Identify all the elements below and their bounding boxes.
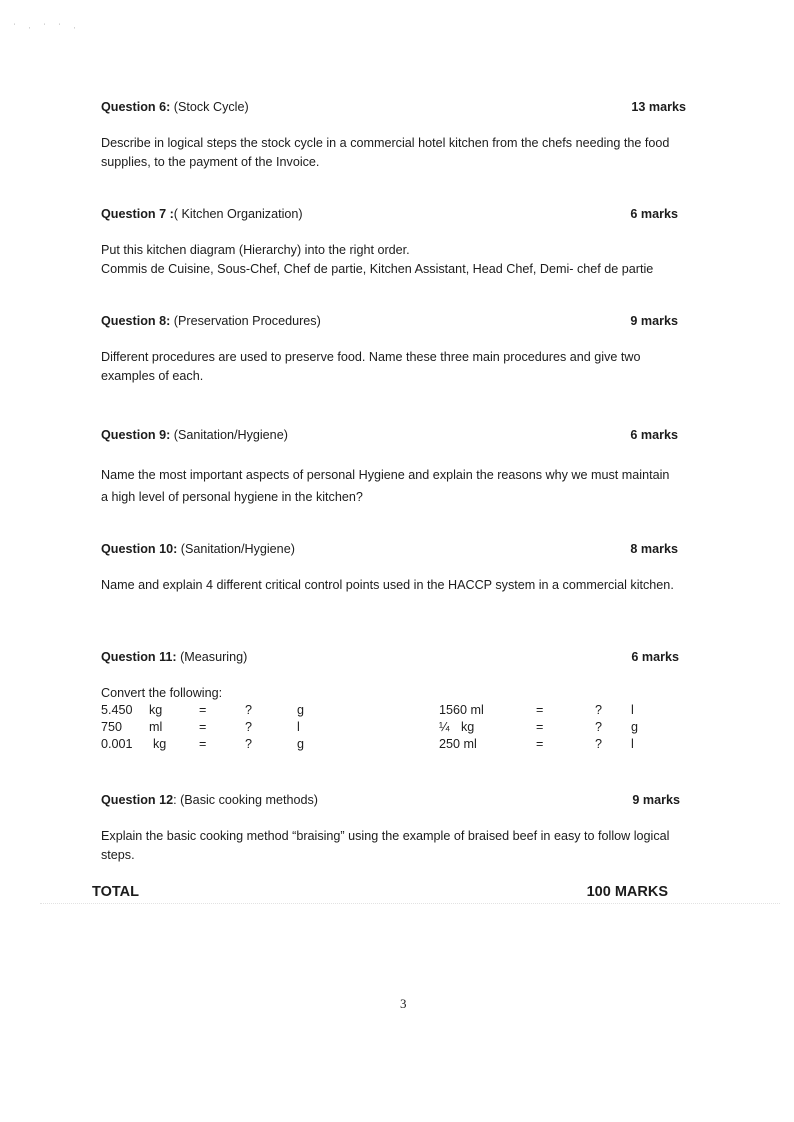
question-8-body: Different procedures are used to preserv… — [101, 348, 691, 386]
conversion-title: Convert the following: — [101, 684, 661, 702]
conversion-right-target-unit: l — [631, 736, 634, 753]
question-7-topic: ( Kitchen Organization) — [174, 207, 303, 221]
question-6-label: Question 6: — [101, 100, 170, 114]
conversion-right-unit: kg — [461, 719, 474, 736]
conversion-left-unit: kg — [149, 702, 162, 719]
conversion-row: 0.001 kg = ? g 250 ml = ? l — [101, 736, 661, 753]
question-12-topic: : (Basic cooking methods) — [173, 793, 318, 807]
question-8-text: Different procedures are used to preserv… — [101, 348, 691, 386]
total-divider — [40, 903, 780, 904]
conversion-left-equals: = — [199, 736, 206, 753]
conversion-right-target-unit: g — [631, 719, 638, 736]
question-7-body: Put this kitchen diagram (Hierarchy) int… — [101, 241, 691, 279]
question-6-marks: 13 marks — [631, 98, 686, 116]
question-11-header: Question 11: (Measuring) 6 marks — [101, 648, 679, 666]
question-12-label: Question 12 — [101, 793, 173, 807]
conversion-right-value: 250 ml — [439, 736, 477, 753]
question-9-text: Name the most important aspects of perso… — [101, 464, 671, 508]
conversion-row: 750 ml = ? l ¼ kg = ? g — [101, 719, 661, 736]
question-6-topic: (Stock Cycle) — [170, 100, 248, 114]
question-10-label: Question 10: — [101, 542, 177, 556]
question-12-text: Explain the basic cooking method “braisi… — [101, 827, 681, 865]
conversion-right-value: 1560 ml — [439, 702, 484, 719]
question-7-marks: 6 marks — [630, 205, 678, 223]
question-11-label: Question 11: — [101, 650, 177, 664]
conversion-left-value: 0.001 — [101, 736, 133, 753]
conversion-table: Convert the following: 5.450 kg = ? g 15… — [101, 684, 661, 753]
question-6-header: Question 6: (Stock Cycle) 13 marks — [101, 98, 686, 116]
conversion-left-unit: kg — [153, 736, 166, 753]
question-12-header: Question 12: (Basic cooking methods) 9 m… — [101, 791, 680, 809]
question-7-header: Question 7 :( Kitchen Organization) 6 ma… — [101, 205, 678, 223]
question-9-header: Question 9: (Sanitation/Hygiene) 6 marks — [101, 426, 678, 444]
conversion-left-equals: = — [199, 719, 206, 736]
conversion-left-answer: ? — [245, 736, 252, 753]
question-8-header: Question 8: (Preservation Procedures) 9 … — [101, 312, 678, 330]
conversion-right-equals: = — [536, 702, 543, 719]
conversion-left-answer: ? — [245, 719, 252, 736]
question-10-header: Question 10: (Sanitation/Hygiene) 8 mark… — [101, 540, 678, 558]
question-10-body: Name and explain 4 different critical co… — [101, 576, 676, 595]
question-12-marks: 9 marks — [632, 791, 680, 809]
question-7-roles-list: Commis de Cuisine, Sous-Chef, Chef de pa… — [101, 260, 691, 279]
conversion-row: 5.450 kg = ? g 1560 ml = ? l — [101, 702, 661, 719]
question-10-marks: 8 marks — [630, 540, 678, 558]
question-7-label: Question 7 : — [101, 207, 174, 221]
conversion-left-unit: ml — [149, 719, 162, 736]
conversion-left-equals: = — [199, 702, 206, 719]
conversion-left-answer: ? — [245, 702, 252, 719]
conversion-right-answer: ? — [595, 736, 602, 753]
conversion-right-value: ¼ — [439, 719, 450, 736]
total-marks: 100 MARKS — [587, 882, 668, 902]
conversion-right-answer: ? — [595, 719, 602, 736]
conversion-right-equals: = — [536, 719, 543, 736]
scan-artifact: ' , ' ' , — [14, 24, 81, 30]
question-9-topic: (Sanitation/Hygiene) — [170, 428, 288, 442]
question-8-topic: (Preservation Procedures) — [170, 314, 321, 328]
question-9-label: Question 9: — [101, 428, 170, 442]
question-8-marks: 9 marks — [630, 312, 678, 330]
question-9-body: Name the most important aspects of perso… — [101, 464, 671, 508]
conversion-left-target-unit: l — [297, 719, 300, 736]
question-10-text: Name and explain 4 different critical co… — [101, 576, 676, 595]
question-11-topic: (Measuring) — [177, 650, 248, 664]
question-7-instruction: Put this kitchen diagram (Hierarchy) int… — [101, 241, 691, 260]
conversion-left-value: 5.450 — [101, 702, 133, 719]
total-label: TOTAL — [92, 884, 139, 900]
question-8-label: Question 8: — [101, 314, 170, 328]
conversion-right-answer: ? — [595, 702, 602, 719]
conversion-left-target-unit: g — [297, 736, 304, 753]
conversion-left-value: 750 — [101, 719, 122, 736]
conversion-right-target-unit: l — [631, 702, 634, 719]
total-row: TOTAL 100 MARKS — [92, 882, 668, 902]
page-number: 3 — [400, 996, 407, 1012]
conversion-left-target-unit: g — [297, 702, 304, 719]
question-9-marks: 6 marks — [630, 426, 678, 444]
question-11-marks: 6 marks — [631, 648, 679, 666]
question-6-body: Describe in logical steps the stock cycl… — [101, 134, 691, 172]
question-10-topic: (Sanitation/Hygiene) — [177, 542, 295, 556]
question-12-body: Explain the basic cooking method “braisi… — [101, 827, 681, 865]
conversion-right-equals: = — [536, 736, 543, 753]
question-6-text: Describe in logical steps the stock cycl… — [101, 134, 691, 172]
